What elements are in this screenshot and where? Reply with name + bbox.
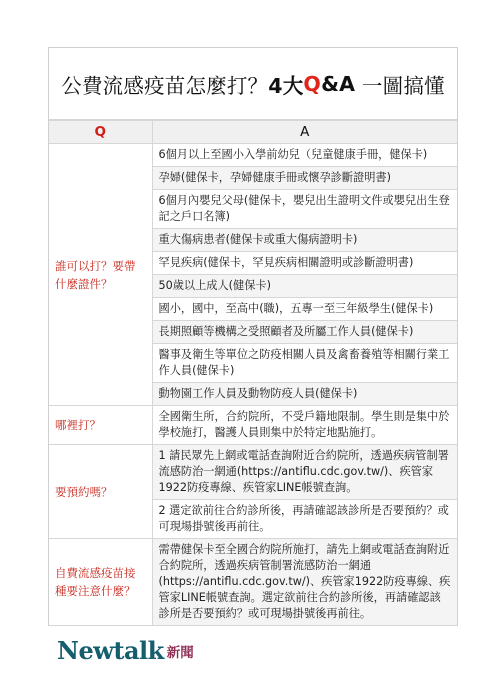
table-row: 誰可以打？要帶什麼證件？ 6個月以上至國小入學前幼兒（兒童健康手冊，健保卡) bbox=[49, 144, 457, 167]
answer-cell: 2 選定欲前往合約診所後，再請確認該診所是否要預約？或可現場掛號後再前往。 bbox=[152, 500, 457, 539]
table-row: 自費流感疫苗接種要注意什麼？ 需帶健保卡至全國合約院所施打，請先上網或電話查詢附… bbox=[49, 539, 457, 626]
answer-cell: 長期照顧等機構之受照顧者及所屬工作人員(健保卡) bbox=[152, 321, 457, 344]
title-part5: 一圖搞懂 bbox=[355, 69, 445, 99]
table-header-row: Q A bbox=[49, 121, 457, 144]
answer-cell: 1 請民眾先上網或電話查詢附近合約院所，透過疾病管制署流感防治一網通(https… bbox=[152, 445, 457, 500]
answer-cell: 罕見疾病(健保卡，罕見疾病相關證明或診斷證明書) bbox=[152, 252, 457, 275]
page-title: 公費流感疫苗怎麼打？4大Q&A 一圖搞懂 bbox=[49, 48, 457, 120]
question-appointment: 要預約嗎？ bbox=[49, 445, 152, 539]
header-q: Q bbox=[49, 121, 152, 144]
title-part1: 公費流感疫苗怎麼打？ bbox=[61, 69, 268, 99]
logo-text-en: Newtalk bbox=[57, 636, 164, 665]
answer-cell: 50歲以上成人(健保卡) bbox=[152, 275, 457, 298]
question-self-paid: 自費流感疫苗接種要注意什麼？ bbox=[49, 539, 152, 626]
answer-cell: 醫事及衛生等單位之防疫相關人員及禽畜養殖等相關行業工作人員(健保卡) bbox=[152, 344, 457, 383]
answer-cell: 6個月以上至國小入學前幼兒（兒童健康手冊，健保卡) bbox=[152, 144, 457, 167]
title-part2: 4大 bbox=[268, 69, 303, 99]
logo-text-zh: 新聞 bbox=[167, 641, 194, 661]
table-row: 哪裡打？ 全國衛生所，合約院所，不受戶籍地限制。學生則是集中於學校施打，醫護人員… bbox=[49, 406, 457, 445]
qa-table: Q A 誰可以打？要帶什麼證件？ 6個月以上至國小入學前幼兒（兒童健康手冊，健保… bbox=[49, 120, 457, 626]
question-who: 誰可以打？要帶什麼證件？ bbox=[49, 144, 152, 406]
title-part4: &A bbox=[321, 72, 355, 96]
answer-cell: 孕婦(健保卡，孕婦健康手冊或懷孕診斷證明書) bbox=[152, 167, 457, 190]
question-where: 哪裡打？ bbox=[49, 406, 152, 445]
table-row: 要預約嗎？ 1 請民眾先上網或電話查詢附近合約院所，透過疾病管制署流感防治一網通… bbox=[49, 445, 457, 500]
title-q: Q bbox=[303, 72, 321, 96]
infographic-card: 公費流感疫苗怎麼打？4大Q&A 一圖搞懂 Q A 誰可以打？要帶什麼證件？ 6個… bbox=[48, 47, 458, 626]
answer-cell: 國小，國中，至高中(職)，五專一至三年級學生(健保卡) bbox=[152, 298, 457, 321]
header-a: A bbox=[152, 121, 457, 144]
answer-cell: 6個月內嬰兒父母(健保卡，嬰兒出生證明文件或嬰兒出生登記之戶口名簿) bbox=[152, 190, 457, 229]
answer-cell: 重大傷病患者(健保卡或重大傷病證明卡) bbox=[152, 229, 457, 252]
answer-cell: 動物園工作人員及動物防疫人員(健保卡) bbox=[152, 383, 457, 406]
newtalk-logo: Newtalk 新聞 bbox=[57, 636, 194, 665]
answer-cell: 需帶健保卡至全國合約院所施打，請先上網或電話查詢附近合約院所，透過疾病管制署流感… bbox=[152, 539, 457, 626]
answer-cell: 全國衛生所，合約院所，不受戶籍地限制。學生則是集中於學校施打，醫護人員則集中於特… bbox=[152, 406, 457, 445]
